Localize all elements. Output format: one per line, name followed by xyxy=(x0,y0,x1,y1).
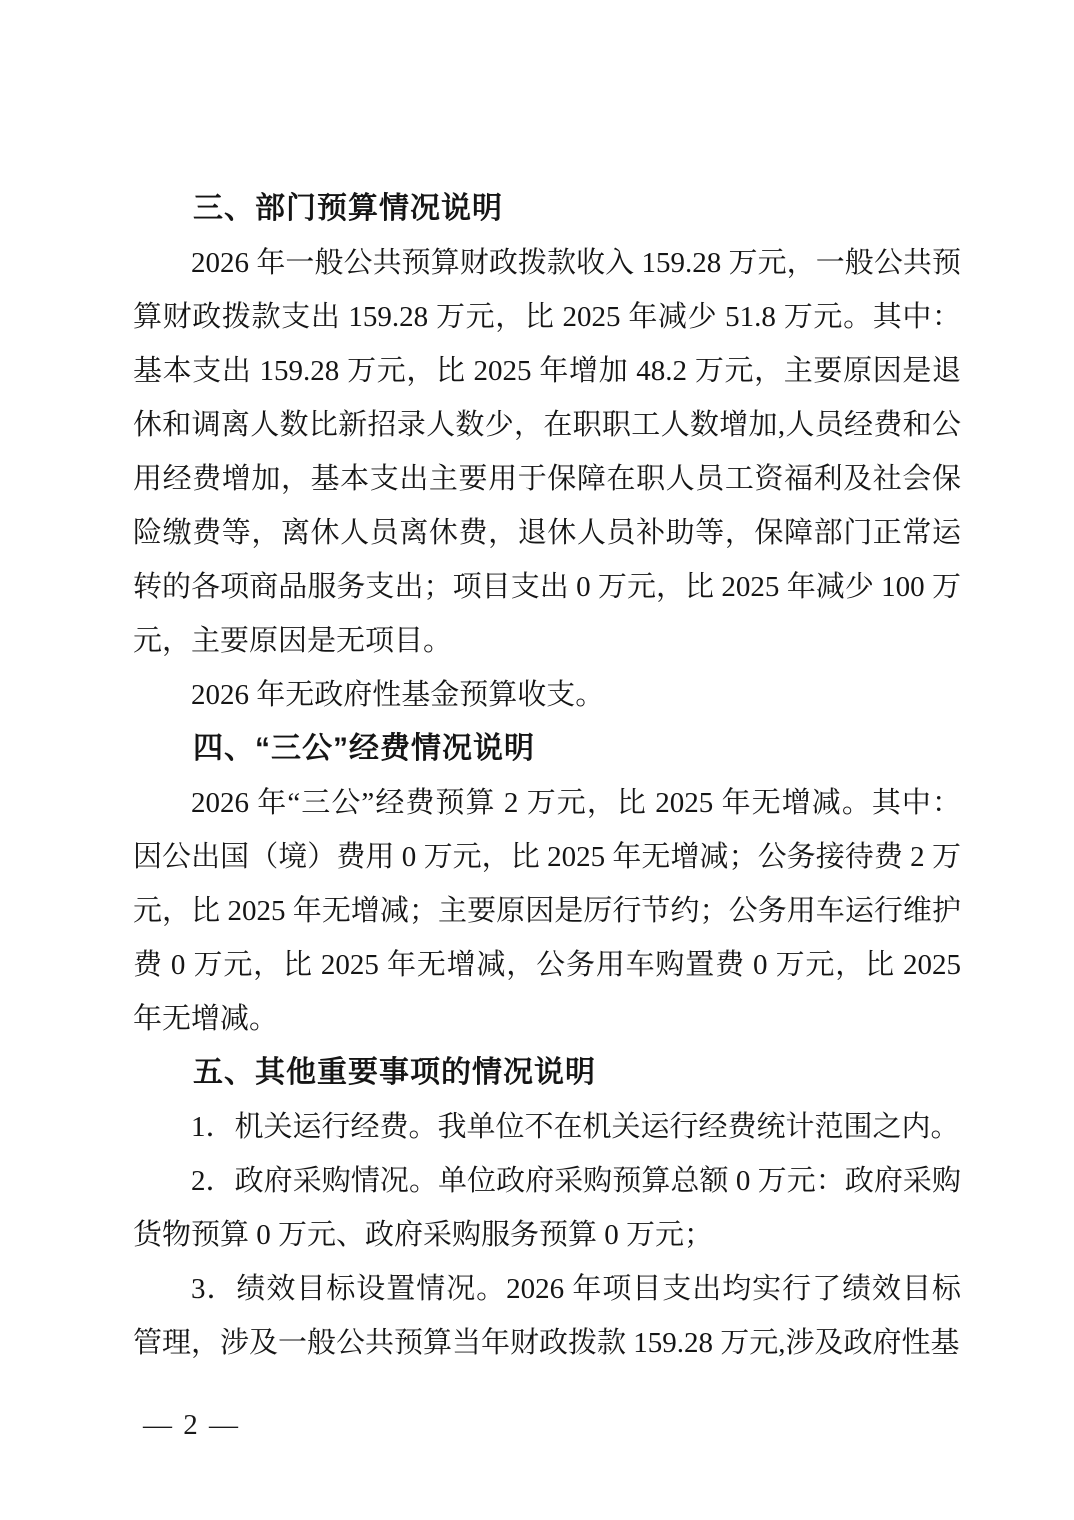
paragraph-agency-operating-cost: 1．机关运行经费。我单位不在机关运行经费统计范围之内。 xyxy=(133,1100,961,1154)
section-heading-other-important-matters: 五、其他重要事项的情况说明 xyxy=(133,1046,961,1100)
section-heading-three-public-expenses: 四、“三公”经费情况说明 xyxy=(133,722,961,776)
paragraph-performance-targets: 3．绩效目标设置情况。2026 年项目支出均实行了绩效目标管理，涉及一般公共预算… xyxy=(133,1262,961,1370)
paragraph-budget-detail: 2026 年一般公共预算财政拨款收入 159.28 万元，一般公共预算财政拨款支… xyxy=(133,236,961,668)
paragraph-government-procurement: 2．政府采购情况。单位政府采购预算总额 0 万元：政府采购货物预算 0 万元、政… xyxy=(133,1154,961,1262)
document-body: 三、部门预算情况说明 2026 年一般公共预算财政拨款收入 159.28 万元，… xyxy=(133,182,961,1370)
paragraph-government-fund: 2026 年无政府性基金预算收支。 xyxy=(133,668,961,722)
page-number: — 2 — xyxy=(143,1405,240,1445)
paragraph-three-public-detail: 2026 年“三公”经费预算 2 万元，比 2025 年无增减。其中：因公出国（… xyxy=(133,776,961,1046)
section-heading-budget-overview: 三、部门预算情况说明 xyxy=(133,182,961,236)
document-page: 三、部门预算情况说明 2026 年一般公共预算财政拨款收入 159.28 万元，… xyxy=(0,0,1074,1520)
